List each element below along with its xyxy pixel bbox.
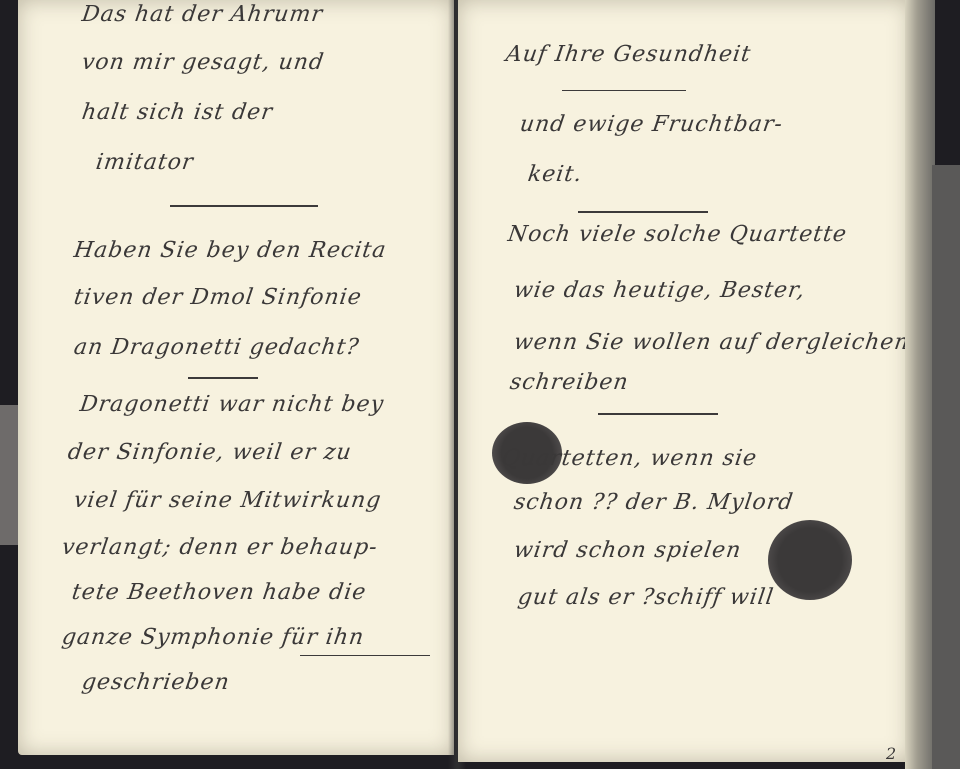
divider-rule <box>170 205 318 207</box>
handwritten-line: ganze Symphonie für ihn <box>60 625 366 650</box>
divider-rule <box>598 413 718 415</box>
divider-rule <box>188 377 258 379</box>
handwritten-line: wie das heutige, Bester, <box>512 278 807 303</box>
page-number: 2 <box>886 744 896 763</box>
handwritten-line: wenn Sie wollen auf dergleichen <box>512 330 911 355</box>
right-page: Auf Ihre Gesundheit und ewige Fruchtbar-… <box>458 0 910 762</box>
page-edges <box>905 0 935 769</box>
underline-rule <box>300 655 430 656</box>
handwritten-line: an Dragonetti gedacht? <box>72 335 361 360</box>
handwritten-line: Dragonetti war nicht bey <box>78 392 386 417</box>
handwritten-line: von mir gesagt, und <box>80 50 326 75</box>
divider-rule <box>578 211 708 213</box>
handwritten-line: viel für seine Mitwirkung <box>72 488 383 513</box>
ink-blot <box>768 520 852 600</box>
left-page: Das hat der Ahrumr von mir gesagt, und h… <box>18 0 454 755</box>
handwritten-line: und ewige Fruchtbar- <box>518 112 784 137</box>
handwritten-line: der Sinfonie, weil er zu <box>66 440 353 465</box>
handwritten-line: Das hat der Ahrumr <box>80 2 324 27</box>
handwritten-line: Noch viele solche Quartette <box>506 222 849 247</box>
handwritten-line: verlangt; denn er behaup- <box>60 535 379 560</box>
handwritten-line: schreiben <box>508 370 630 395</box>
handwritten-line: Haben Sie bey den Recita <box>72 238 388 263</box>
handwritten-line: Auf Ihre Gesundheit <box>504 42 752 67</box>
handwritten-line: tete Beethoven habe die <box>70 580 368 605</box>
handwritten-line: halt sich ist der <box>80 100 274 125</box>
handwritten-line: gut als er ?schiff will <box>516 585 775 610</box>
handwritten-line: wird schon spielen <box>512 538 743 563</box>
handwritten-line: tiven der Dmol Sinfonie <box>72 285 363 310</box>
book-cover-edge <box>932 165 960 769</box>
handwritten-line: geschrieben <box>80 670 231 695</box>
handwritten-line: schon ?? der B. Mylord <box>512 490 795 515</box>
handwritten-line: Quartetten, wenn sie <box>500 446 759 471</box>
handwritten-line: imitator <box>94 150 195 175</box>
handwritten-line: keit. <box>526 162 584 187</box>
underline-rule <box>562 90 686 91</box>
